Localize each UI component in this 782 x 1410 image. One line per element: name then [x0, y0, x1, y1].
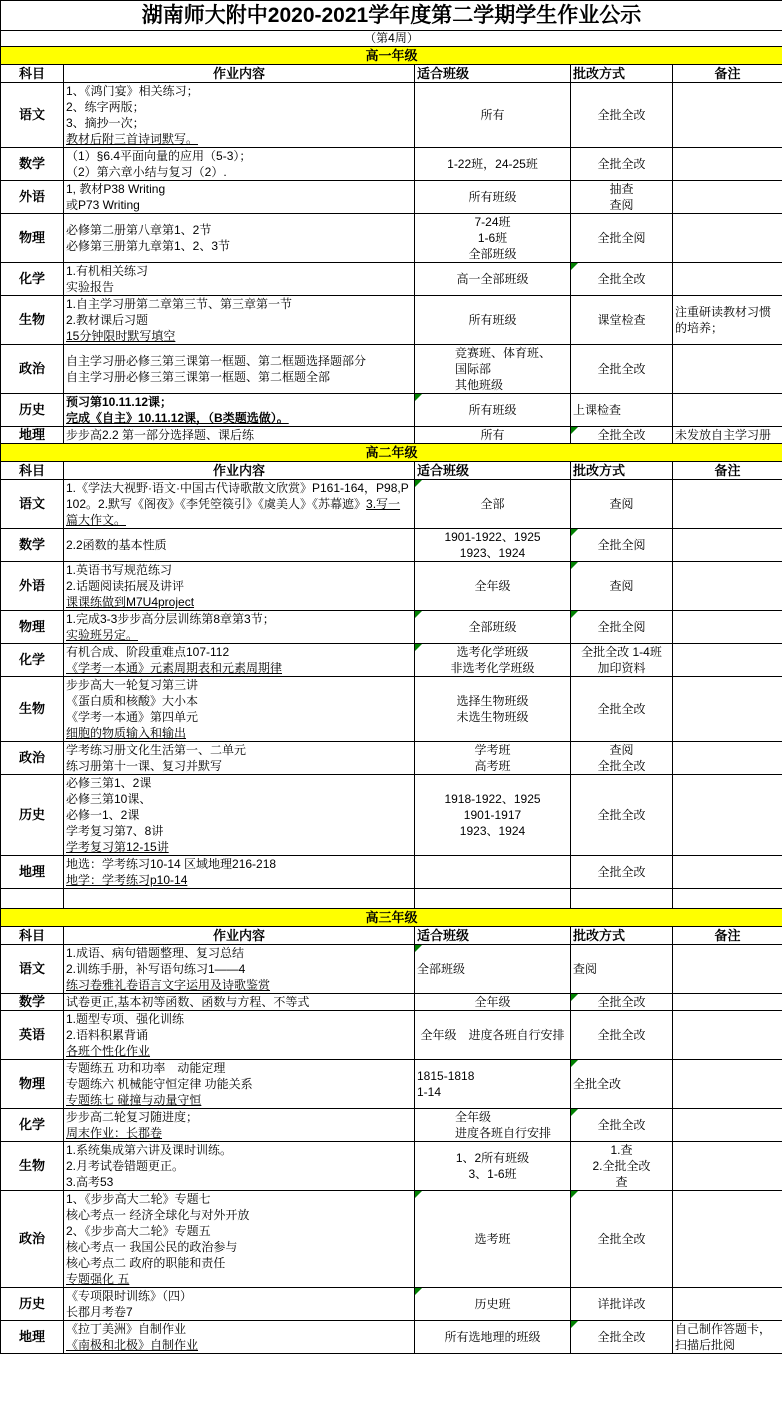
- cell-text: 注重研读教材习惯的培养；: [675, 305, 771, 335]
- content-cell: 学考练习册文化生活第一、二单元练习册第十一课、复习并默写: [64, 742, 415, 775]
- cell-line: 学考复习第7、8讲: [66, 823, 412, 839]
- cell-line: 1、2所有班级: [417, 1150, 568, 1166]
- cell-line: 2.语料积累背诵: [66, 1027, 412, 1043]
- cell-text: 实验班另定。: [66, 628, 138, 642]
- subject-cell: 语文: [1, 480, 64, 529]
- note-cell: [673, 1142, 782, 1191]
- method-cell: 全批全改: [571, 1321, 673, 1354]
- classes-cell: 1-22班，24-25班: [415, 148, 571, 181]
- cell-line: 选考化学班级: [417, 644, 568, 660]
- cell-line: 必修三第10课、: [66, 791, 412, 807]
- note-cell: [673, 1288, 782, 1321]
- cell-text: 其他班级: [455, 378, 503, 392]
- method-cell: 上课检查: [571, 394, 673, 427]
- subject-cell: 生物: [1, 677, 64, 742]
- subject-cell: 数学: [1, 529, 64, 562]
- comment-flag-icon: [571, 1321, 578, 1328]
- empty-cell: [64, 889, 415, 909]
- cell-line: 全部: [417, 496, 568, 512]
- subject-cell: 政治: [1, 742, 64, 775]
- cell-line: 1-6班: [417, 230, 568, 246]
- cell-line: 全部班级: [417, 246, 568, 262]
- table-row: 历史《专项限时训练》（四）长郡月考卷7历史班详批详改: [1, 1288, 782, 1321]
- subject-cell: 化学: [1, 263, 64, 296]
- cell-line: 专题强化 五: [66, 1271, 412, 1287]
- method-cell: 全批全改: [571, 1060, 673, 1109]
- content-cell: 地选：学考练习10-14 区域地理216-218地学：学考练习p10-14: [64, 856, 415, 889]
- cell-line: 自主学习册必修三第三课第一框题、第二框题选择题部分: [66, 353, 412, 369]
- classes-cell: 全年级 进度各班自行安排: [415, 1011, 571, 1060]
- cell-text: 2.话题阅读拓展及讲评: [66, 579, 184, 593]
- cell-line: 1815-1818: [417, 1068, 568, 1084]
- note-cell: [673, 83, 782, 148]
- cell-line: 必修三第1、2课: [66, 775, 412, 791]
- note-cell: [673, 742, 782, 775]
- cell-line: 地学：学考练习p10-14: [66, 872, 412, 888]
- content-cell: 1, 教材P38 Writing或P73 Writing: [64, 181, 415, 214]
- subject-cell: 历史: [1, 775, 64, 856]
- column-header: 作业内容: [64, 927, 415, 945]
- cell-line: 核心考点一 经济全球化与对外开放: [66, 1207, 412, 1223]
- method-cell: 查阅: [571, 480, 673, 529]
- cell-text: 高考班: [474, 759, 510, 773]
- classes-cell: 所有选地理的班级: [415, 1321, 571, 1354]
- cell-text: 必修第三册第九章第1、2、3节: [66, 239, 230, 253]
- cell-line: 加印资料: [573, 660, 670, 676]
- subject-cell: 语文: [1, 945, 64, 994]
- empty-cell: [415, 889, 571, 909]
- column-header: 备注: [673, 65, 782, 83]
- method-cell: 全批全改: [571, 263, 673, 296]
- cell-line: 1901-1922、1925: [417, 529, 568, 545]
- cell-text: 全批全阅: [597, 231, 645, 245]
- cell-text: 1918-1922、1925: [444, 792, 540, 806]
- classes-cell: 全年级进度各班自行安排: [415, 1109, 571, 1142]
- cell-text: 练习册第十一课、复习并默写: [66, 759, 222, 773]
- cell-text: 全批全改: [597, 1330, 645, 1344]
- table-row: 外语1, 教材P38 Writing或P73 Writing所有班级抽查查阅: [1, 181, 782, 214]
- method-cell: 全批全改: [571, 856, 673, 889]
- cell-text: 查阅: [609, 497, 633, 511]
- cell-line: 全批全改: [573, 271, 670, 287]
- cell-text: 自主学习册必修三第三课第一框题、第二框题全部: [66, 370, 330, 384]
- content-cell: 必修三第1、2课必修三第10课、必修一1、2课学考复习第7、8讲学考复习第12-…: [64, 775, 415, 856]
- content-cell: 步步高2.2 第一部分选择题、课后练: [64, 427, 415, 444]
- cell-line: 查: [573, 1174, 670, 1190]
- cell-line: 未选生物班级: [417, 709, 568, 725]
- cell-text: 核心考点一 我国公民的政治参与: [66, 1240, 237, 1254]
- cell-text: （2）第六章小结与复习（2）.: [66, 165, 227, 179]
- cell-text: 全批全改: [597, 362, 645, 376]
- cell-text: 1901-1922、1925: [444, 530, 540, 544]
- cell-line: 全批全改: [573, 156, 670, 172]
- comment-flag-icon: [571, 994, 578, 1001]
- table-row: 生物步步高大一轮复习第三讲《蛋白质和核酸》大小本《学考一本通》第四单元细胞的物质…: [1, 677, 782, 742]
- cell-text: 3.高考53: [66, 1175, 113, 1189]
- method-cell: 全批全阅: [571, 214, 673, 263]
- cell-line: 查阅: [573, 496, 670, 512]
- cell-text: 竞赛班、体育班、: [455, 346, 551, 360]
- cell-text: 全批全阅: [597, 538, 645, 552]
- cell-line: 全批全改: [573, 758, 670, 774]
- method-cell: 抽查查阅: [571, 181, 673, 214]
- table-row: 历史预习第10.11.12课；完成《自主》10.11.12课，（B类题选做）。所…: [1, 394, 782, 427]
- subject-cell: 化学: [1, 1109, 64, 1142]
- table-row: 语文1、《鸿门宴》相关练习；2、练字两版；3、摘抄一次；教材后附三首诗词默写。所…: [1, 83, 782, 148]
- classes-cell: 选考班: [415, 1191, 571, 1288]
- cell-line: 1-14: [417, 1084, 568, 1100]
- cell-line: 全批全改: [573, 701, 670, 717]
- content-cell: 1.系统集成第六讲及课时训练。2.月考试卷错题更正。3.高考53: [64, 1142, 415, 1191]
- homework-announcement-table: 湖南师大附中2020-2021学年度第二学期学生作业公示 （第4周） 高一年级科…: [0, 0, 782, 1354]
- cell-line: （1）§6.4平面向量的应用（5-3）；: [66, 148, 412, 164]
- cell-text: 全批全改: [597, 759, 645, 773]
- table-row: 生物1.系统集成第六讲及课时训练。2.月考试卷错题更正。3.高考531、2所有班…: [1, 1142, 782, 1191]
- cell-text: 教材后附三首诗词默写。: [66, 132, 198, 146]
- note-cell: 未发放自主学习册: [673, 427, 782, 444]
- subject-cell: 英语: [1, 1011, 64, 1060]
- classes-cell: 竞赛班、体育班、国际部其他班级: [415, 345, 571, 394]
- cell-text: 全批全改: [597, 272, 645, 286]
- cell-line: 高一全部班级: [417, 271, 568, 287]
- content-cell: 1、《鸿门宴》相关练习；2、练字两版；3、摘抄一次；教材后附三首诗词默写。: [64, 83, 415, 148]
- content-cell: 1.自主学习册第二章第三节、第三章第一节2.教材课后习题15分钟限时默写填空: [64, 296, 415, 345]
- cell-text: 1815-1818: [417, 1069, 474, 1083]
- cell-text: 加印资料: [597, 661, 645, 675]
- note-cell: [673, 775, 782, 856]
- cell-text: 全部: [480, 497, 504, 511]
- cell-text: 1-6班: [478, 231, 507, 245]
- cell-line: 全批全改: [573, 1117, 670, 1133]
- note-cell: 注重研读教材习惯的培养；: [673, 296, 782, 345]
- cell-text: 全批全改 1-4班: [581, 645, 662, 659]
- column-header: 适合班级: [415, 462, 571, 480]
- comment-flag-icon: [415, 480, 422, 487]
- comment-flag-icon: [415, 394, 422, 401]
- cell-text: 全批全改: [597, 995, 645, 1009]
- table-row: 政治1、《步步高大二轮》专题七核心考点一 经济全球化与对外开放2、《步步高大二轮…: [1, 1191, 782, 1288]
- cell-text: 所有班级: [468, 313, 516, 327]
- cell-text: 全批全改: [597, 1118, 645, 1132]
- cell-line: 1923、1924: [417, 823, 568, 839]
- cell-text: 历史班: [474, 1297, 510, 1311]
- subject-cell: 外语: [1, 181, 64, 214]
- cell-line: 《蛋白质和核酸》大小本: [66, 693, 412, 709]
- comment-flag-icon: [571, 263, 578, 270]
- cell-text: 1, 教材P38 Writing: [66, 182, 165, 196]
- cell-text: 全年级: [474, 579, 510, 593]
- content-cell: 有机合成、阶段重难点107-112《学考一本通》元素周期表和元素周期律: [64, 644, 415, 677]
- cell-line: 《拉丁美洲》自制作业: [66, 1321, 412, 1337]
- classes-cell: [415, 856, 571, 889]
- subject-cell: 生物: [1, 1142, 64, 1191]
- cell-text: 1.英语书写规范练习: [66, 563, 172, 577]
- cell-text: 核心考点一 经济全球化与对外开放: [66, 1208, 249, 1222]
- cell-line: 自主学习册必修三第三课第一框题、第二框题全部: [66, 369, 412, 385]
- content-cell: 专题练五 功和功率 动能定理专题练六 机械能守恒定律 功能关系专题练七 碰撞与动…: [64, 1060, 415, 1109]
- content-cell: 预习第10.11.12课；完成《自主》10.11.12课，（B类题选做）。: [64, 394, 415, 427]
- cell-line: 全批全改: [573, 361, 670, 377]
- content-cell: （1）§6.4平面向量的应用（5-3）；（2）第六章小结与复习（2）.: [64, 148, 415, 181]
- cell-text: 所有: [480, 428, 504, 442]
- cell-line: 查阅: [573, 197, 670, 213]
- table-row: 地理《拉丁美洲》自制作业《南极和北极》自制作业所有选地理的班级全批全改自己制作答…: [1, 1321, 782, 1354]
- method-cell: 详批详改: [571, 1288, 673, 1321]
- table-row: 化学步步高二轮复习随进度；周末作业：长郡卷全年级进度各班自行安排全批全改: [1, 1109, 782, 1142]
- content-cell: 《拉丁美洲》自制作业《南极和北极》自制作业: [64, 1321, 415, 1354]
- cell-text: 专题练六 机械能守恒定律 功能关系: [66, 1077, 253, 1091]
- cell-text: 课堂检查: [597, 313, 645, 327]
- cell-text: 2.2函数的基本性质: [66, 538, 167, 552]
- note-cell: [673, 644, 782, 677]
- content-cell: 试卷更正,基本初等函数、函数与方程、不等式: [64, 994, 415, 1011]
- column-header: 备注: [673, 462, 782, 480]
- cell-text: 长郡月考卷7: [66, 1305, 133, 1319]
- cell-line: 1923、1924: [417, 545, 568, 561]
- content-cell: 《专项限时训练》（四）长郡月考卷7: [64, 1288, 415, 1321]
- cell-text: 必修三第10课、: [66, 792, 151, 806]
- cell-line: 必修一1、2课: [66, 807, 412, 823]
- column-header: 批改方式: [571, 462, 673, 480]
- cell-line: 1.自主学习册第二章第三节、第三章第一节: [66, 296, 412, 312]
- note-cell: [673, 945, 782, 994]
- cell-text: 周末作业：长郡卷: [66, 1126, 162, 1140]
- cell-line: 《专项限时训练》（四）: [66, 1288, 412, 1304]
- cell-line: 《学考一本通》第四单元: [66, 709, 412, 725]
- cell-text: 《蛋白质和核酸》大小本: [66, 694, 198, 708]
- content-cell: 1.有机相关练习实验报告: [64, 263, 415, 296]
- cell-text: 步步高2.2 第一部分选择题、课后练: [66, 428, 254, 442]
- cell-text: 全年级 进度各班自行安排: [420, 1028, 564, 1042]
- classes-cell: 所有: [415, 83, 571, 148]
- cell-line: 1.成语、病句错题整理、复习总结: [66, 945, 412, 961]
- cell-line: 15分钟限时默写填空: [66, 328, 412, 344]
- cell-line: 所有选地理的班级: [417, 1329, 568, 1345]
- cell-line: 全年级: [455, 1109, 568, 1125]
- cell-text: 所有班级: [468, 190, 516, 204]
- classes-cell: 1901-1922、19251923、1924: [415, 529, 571, 562]
- method-cell: 全批全改: [571, 83, 673, 148]
- cell-line: 2、练字两版；: [66, 99, 412, 115]
- cell-text: 1.系统集成第六讲及课时训练。: [66, 1143, 232, 1157]
- empty-cell: [571, 889, 673, 909]
- content-cell: 1.英语书写规范练习2.话题阅读拓展及讲评课课练做到M7U4project: [64, 562, 415, 611]
- cell-text: 地学：学考练习p10-14: [66, 873, 187, 887]
- cell-line: 教材后附三首诗词默写。: [66, 131, 412, 147]
- cell-line: 1、《步步高大二轮》专题七: [66, 1191, 412, 1207]
- method-cell: 课堂检查: [571, 296, 673, 345]
- cell-line: 所有班级: [417, 312, 568, 328]
- comment-flag-icon: [571, 529, 578, 536]
- cell-line: 竞赛班、体育班、: [455, 345, 568, 361]
- cell-line: 必修第三册第九章第1、2、3节: [66, 238, 412, 254]
- column-header: 科目: [1, 65, 64, 83]
- cell-text: 3、摘抄一次；: [66, 116, 145, 130]
- cell-text: 学考复习第7、8讲: [66, 824, 163, 838]
- classes-cell: 全年级: [415, 994, 571, 1011]
- cell-text: 细胞的物质输入和输出: [66, 726, 186, 740]
- cell-text: 1923、1924: [460, 824, 525, 838]
- cell-text: 必修三第1、2课: [66, 776, 151, 790]
- cell-line: 1.查: [573, 1142, 670, 1158]
- cell-text: 全批全改: [597, 865, 645, 879]
- cell-line: 步步高二轮复习随进度；: [66, 1109, 412, 1125]
- cell-line: 各班个性化作业: [66, 1043, 412, 1059]
- cell-line: 2.教材课后习题: [66, 312, 412, 328]
- cell-text: 2.月考试卷错题更正。: [66, 1159, 184, 1173]
- method-cell: 全批全改: [571, 1011, 673, 1060]
- cell-line: 实验报告: [66, 279, 412, 295]
- cell-line: 2.全批全改: [573, 1158, 670, 1174]
- cell-line: 学考班: [417, 742, 568, 758]
- cell-line: 全批全改: [573, 107, 670, 123]
- section-band: 高三年级: [1, 909, 782, 927]
- cell-line: 选考班: [417, 1231, 568, 1247]
- cell-text: 《拉丁美洲》自制作业: [66, 1322, 186, 1336]
- classes-cell: 7-24班1-6班全部班级: [415, 214, 571, 263]
- column-header: 适合班级: [415, 65, 571, 83]
- cell-text: 1901-1917: [464, 808, 521, 822]
- note-cell: [673, 677, 782, 742]
- cell-line: 周末作业：长郡卷: [66, 1125, 412, 1141]
- content-cell: 1.题型专项、强化训练2.语料积累背诵各班个性化作业: [64, 1011, 415, 1060]
- cell-text: 2、练字两版；: [66, 100, 145, 114]
- content-cell: 自主学习册必修三第三课第一框题、第二框题选择题部分自主学习册必修三第三课第一框题…: [64, 345, 415, 394]
- cell-text: 查阅: [609, 198, 633, 212]
- note-cell: [673, 994, 782, 1011]
- cell-line: 1、《鸿门宴》相关练习；: [66, 83, 412, 99]
- table-row: 物理专题练五 功和功率 动能定理专题练六 机械能守恒定律 功能关系专题练七 碰撞…: [1, 1060, 782, 1109]
- note-cell: [673, 181, 782, 214]
- cell-text: 详批详改: [597, 1297, 645, 1311]
- table-row: 语文1.《学法大视野·语文·中国古代诗歌散文欣赏》P161-164，P98,P1…: [1, 480, 782, 529]
- cell-text: 1、2所有班级: [456, 1151, 529, 1165]
- cell-line: 全批全阅: [573, 537, 670, 553]
- cell-text: 步步高大一轮复习第三讲: [66, 678, 198, 692]
- cell-text: 全批全改: [573, 1077, 621, 1091]
- cell-line: 上课检查: [573, 402, 670, 418]
- column-header: 批改方式: [571, 927, 673, 945]
- content-cell: 必修第二册第八章第1、2节必修第三册第九章第1、2、3节: [64, 214, 415, 263]
- cell-text: 高一全部班级: [456, 272, 528, 286]
- cell-line: 专题练五 功和功率 动能定理: [66, 1060, 412, 1076]
- subject-cell: 数学: [1, 148, 64, 181]
- cell-line: 步步高大一轮复习第三讲: [66, 677, 412, 693]
- method-cell: 查阅: [571, 562, 673, 611]
- table-row: 物理必修第二册第八章第1、2节必修第三册第九章第1、2、3节7-24班1-6班全…: [1, 214, 782, 263]
- cell-line: 全批全改: [573, 1076, 670, 1092]
- empty-cell: [1, 889, 64, 909]
- subject-cell: 生物: [1, 296, 64, 345]
- content-cell: 1、《步步高大二轮》专题七核心考点一 经济全球化与对外开放2、《步步高大二轮》专…: [64, 1191, 415, 1288]
- column-header: 批改方式: [571, 65, 673, 83]
- section-band-row: 高一年级: [1, 47, 782, 65]
- classes-cell: 所有: [415, 427, 571, 444]
- cell-line: 高考班: [417, 758, 568, 774]
- cell-line: 全年级 进度各班自行安排: [417, 1027, 568, 1043]
- classes-cell: 全部班级: [415, 945, 571, 994]
- cell-line: 自己制作答题卡，扫描后批阅: [675, 1321, 780, 1353]
- cell-text: 全批全改: [597, 1028, 645, 1042]
- cell-line: 1.《学法大视野·语文·中国古代诗歌散文欣赏》P161-164，P98,P102…: [66, 480, 412, 528]
- content-cell: 1.完成3-3步步高分层训练第8章第3节；实验班另定。: [64, 611, 415, 644]
- cell-text: 2.全批全改: [592, 1159, 650, 1173]
- cell-line: 查阅: [573, 578, 670, 594]
- table-row: 化学1.有机相关练习实验报告高一全部班级全批全改: [1, 263, 782, 296]
- note-cell: [673, 1191, 782, 1288]
- cell-line: 3、1-6班: [417, 1166, 568, 1182]
- note-cell: [673, 148, 782, 181]
- classes-cell: 全部: [415, 480, 571, 529]
- cell-text: 1-14: [417, 1085, 441, 1099]
- cell-line: 课堂检查: [573, 312, 670, 328]
- cell-text: 1.自主学习册第二章第三节、第三章第一节: [66, 297, 292, 311]
- cell-line: 国际部: [455, 361, 568, 377]
- table-row: 数学（1）§6.4平面向量的应用（5-3）；（2）第六章小结与复习（2）.1-2…: [1, 148, 782, 181]
- cell-text: 上课检查: [573, 403, 621, 417]
- classes-cell: 所有班级: [415, 181, 571, 214]
- cell-line: 全批全改: [573, 1231, 670, 1247]
- note-cell: [673, 529, 782, 562]
- cell-text: 学考复习第12-15讲: [66, 840, 169, 854]
- cell-text: 《南极和北极》自制作业: [66, 1338, 198, 1352]
- method-cell: 全批全改: [571, 775, 673, 856]
- classes-cell: 所有班级: [415, 296, 571, 345]
- comment-flag-icon: [415, 945, 422, 952]
- comment-flag-icon: [571, 427, 578, 434]
- cell-text: 学考班: [474, 743, 510, 757]
- method-cell: 全批全改: [571, 148, 673, 181]
- cell-line: 全部班级: [417, 961, 568, 977]
- cell-text: 国际部: [455, 362, 491, 376]
- cell-line: 1.有机相关练习: [66, 263, 412, 279]
- cell-text: 全批全改: [597, 1232, 645, 1246]
- page-title: 湖南师大附中2020-2021学年度第二学期学生作业公示: [1, 1, 782, 31]
- content-cell: 步步高大一轮复习第三讲《蛋白质和核酸》大小本《学考一本通》第四单元细胞的物质输入…: [64, 677, 415, 742]
- section-band: 高二年级: [1, 444, 782, 462]
- cell-line: 全批全改: [573, 807, 670, 823]
- comment-flag-icon: [415, 1288, 422, 1295]
- table-row: 英语1.题型专项、强化训练2.语料积累背诵各班个性化作业全年级 进度各班自行安排…: [1, 1011, 782, 1060]
- cell-text: 全年级: [455, 1110, 491, 1124]
- classes-cell: 1、2所有班级3、1-6班: [415, 1142, 571, 1191]
- table-row: 地理地选：学考练习10-14 区域地理216-218地学：学考练习p10-14全…: [1, 856, 782, 889]
- table-row: 数学试卷更正,基本初等函数、函数与方程、不等式全年级全批全改: [1, 994, 782, 1011]
- column-header-row: 科目作业内容适合班级批改方式备注: [1, 462, 782, 480]
- comment-flag-icon: [571, 1109, 578, 1116]
- subject-cell: 外语: [1, 562, 64, 611]
- method-cell: 全批全改 1-4班加印资料: [571, 644, 673, 677]
- cell-line: 必修第二册第八章第1、2节: [66, 222, 412, 238]
- cell-line: 核心考点二 政府的职能和责任: [66, 1255, 412, 1271]
- cell-text: 未选生物班级: [456, 710, 528, 724]
- cell-line: 1.系统集成第六讲及课时训练。: [66, 1142, 412, 1158]
- subject-cell: 语文: [1, 83, 64, 148]
- cell-text: 课课练做到M7U4project: [66, 595, 194, 609]
- classes-cell: 学考班高考班: [415, 742, 571, 775]
- cell-text: 全批全改: [597, 428, 645, 442]
- cell-line: 2、《步步高大二轮》专题五: [66, 1223, 412, 1239]
- column-header: 适合班级: [415, 927, 571, 945]
- cell-text: 全批全阅: [597, 620, 645, 634]
- cell-line: 全批全改: [573, 994, 670, 1010]
- cell-line: 全年级: [417, 994, 568, 1010]
- cell-line: （2）第六章小结与复习（2）.: [66, 164, 412, 180]
- subject-cell: 数学: [1, 994, 64, 1011]
- note-cell: [673, 1060, 782, 1109]
- cell-line: 练习册第十一课、复习并默写: [66, 758, 412, 774]
- cell-line: 3.高考53: [66, 1174, 412, 1190]
